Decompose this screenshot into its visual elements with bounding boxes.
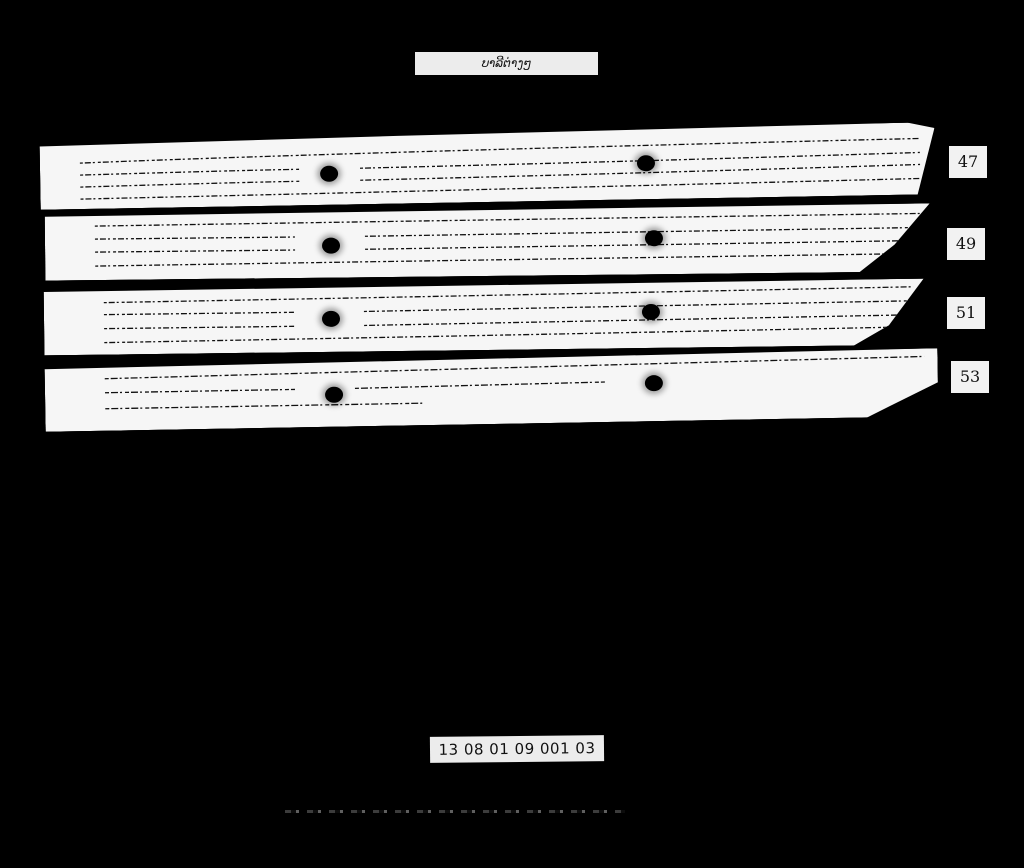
handwritten-script [45, 203, 931, 280]
reference-code-label: 13 08 01 09 001 03 [430, 735, 604, 763]
binding-hole [642, 304, 660, 320]
film-edge-strip [285, 810, 625, 813]
palm-leaf-page-49 [45, 203, 931, 280]
page-number-label: 47 [949, 146, 987, 178]
reference-code: 13 08 01 09 001 03 [438, 739, 595, 759]
palm-leaf-page-53 [44, 348, 938, 432]
title-text: ບາລີຕ່າງໆ [482, 56, 531, 70]
page-number: 47 [958, 152, 978, 171]
page-number: 51 [956, 303, 976, 322]
page-number-label: 51 [947, 297, 985, 329]
manuscript-title-label: ບາລີຕ່າງໆ [415, 52, 598, 75]
page-number-label: 49 [947, 228, 985, 260]
binding-hole [322, 238, 340, 254]
page-number-label: 53 [951, 361, 989, 393]
page-number: 53 [960, 367, 980, 386]
handwritten-script [44, 348, 938, 432]
handwritten-script [44, 279, 925, 356]
binding-hole [645, 230, 663, 246]
palm-leaf-page-47 [39, 122, 935, 210]
palm-leaf-page-51 [44, 279, 925, 356]
handwritten-script [39, 122, 935, 210]
page-number: 49 [956, 234, 976, 253]
